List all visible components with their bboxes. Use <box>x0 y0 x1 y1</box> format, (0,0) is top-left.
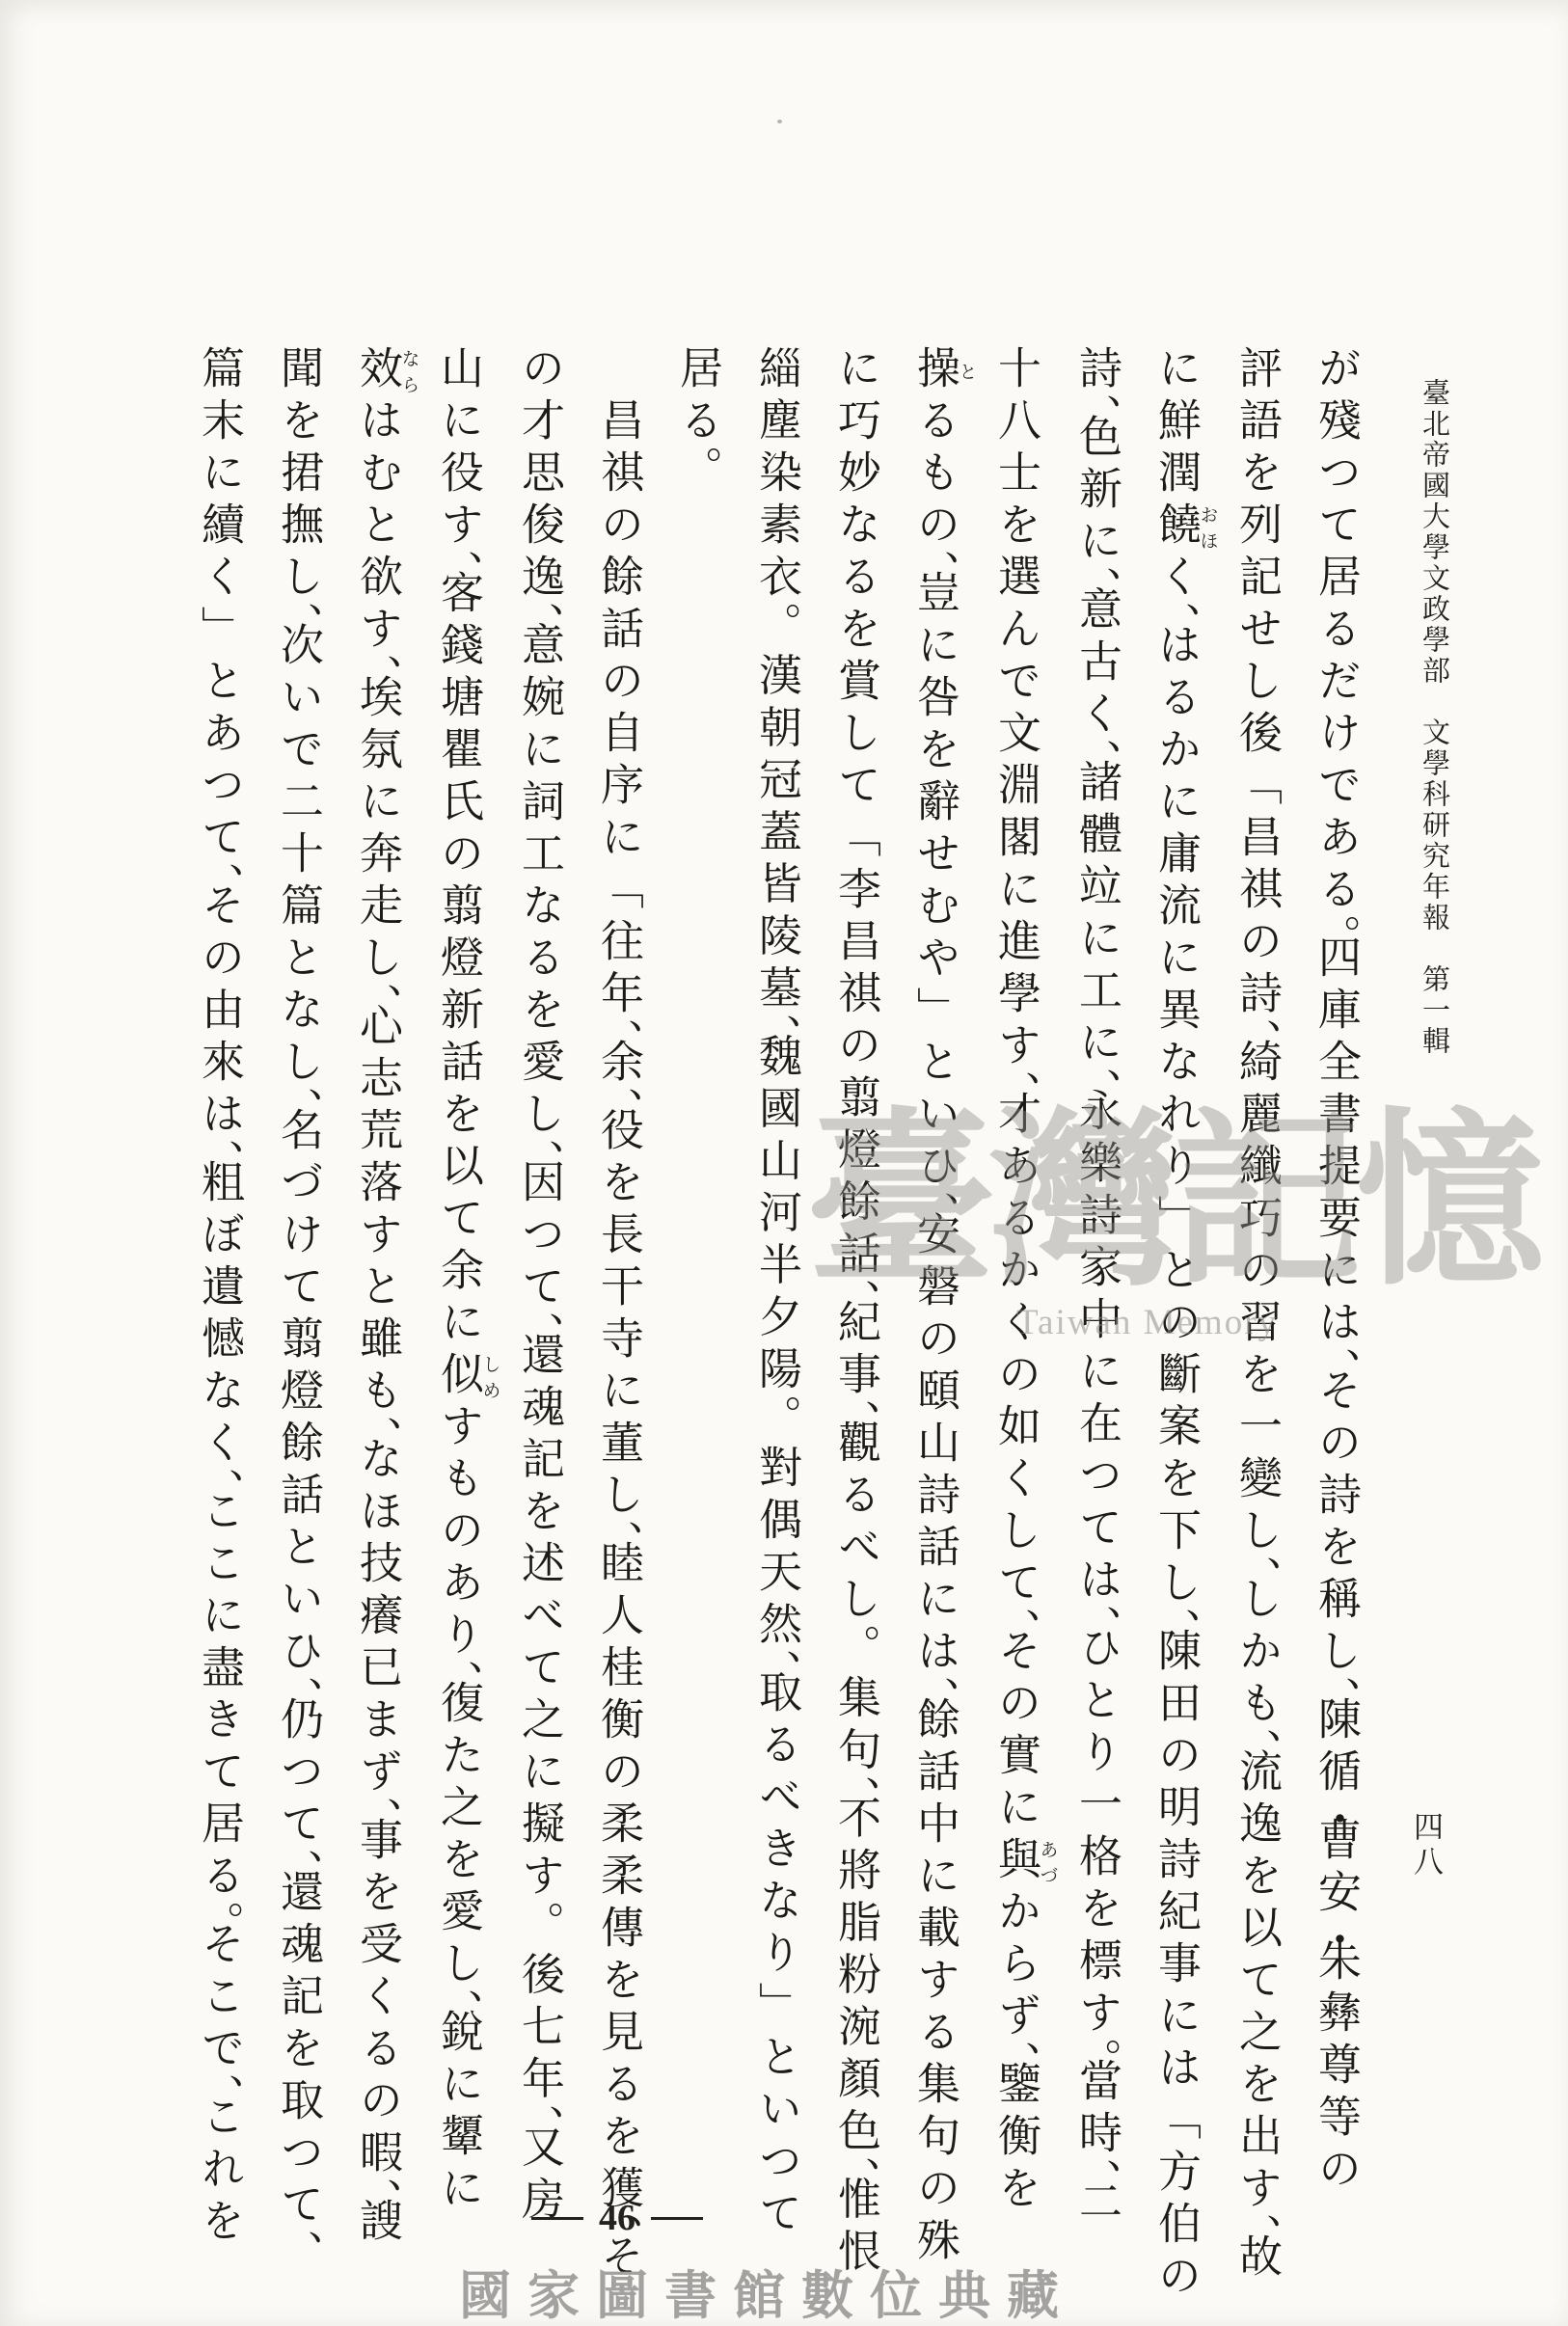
text-column-11: の才思俊逸、意婉に詞工なるを愛し、因つて、還魂記を述べて之に擬す。 後七年、又房 <box>500 345 579 2127</box>
text-column-15: 篇末に續く」とあつて、その由來は、粗ぼ遺憾なく、ここに盡きて居る。そこで、これを <box>179 345 258 2127</box>
text-column-14: 聞を捃撫し、次いで二十篇となし、名づけて翦燈餘話といひ、仍つて、還魂記を取つて、 <box>258 345 338 2127</box>
text-column-2: 評語を列記せし後「昌祺の詩、綺麗纖巧の習を一變し、しかも、流逸を以て之を出す、故 <box>1217 345 1296 2127</box>
text-column-6: 操とるもの、豈に咎を辭せむや」といひ、安磐の頤山詩話には、餘話中に載する集句の殊 <box>895 345 976 2127</box>
text-column-8: 緇塵染素衣。 漢朝冠蓋皆陵墓、魏國山河半夕陽。 對偶天然、取るべきなり」といつて <box>737 345 816 2127</box>
text-column-5: 十八士を選んで文淵閣に進學す、才あるかくの如くして、その實に與あづからず、鑒衡を <box>976 345 1057 2127</box>
folio-rule-right <box>651 2217 703 2220</box>
text-column-12: 山に役す、客錢塘瞿氏の翦燈新話を以て余に似しめすものあり、復た之を愛し、銳に顰に <box>419 345 500 2127</box>
text-column-7: に巧妙なるを賞して「李昌祺の翦燈餘話、紀事、觀るべし。 集句、不將脂粉涴顏色、惟… <box>816 345 895 2127</box>
page-number: 46 <box>599 2197 635 2239</box>
folio-rule-left <box>531 2217 583 2220</box>
body-text-block: が殘つて居るだけである。四庫全書提要には、その詩を稱し、陳循・曹安・朱彝尊等の評… <box>179 345 1375 2127</box>
scan-speck <box>777 120 782 123</box>
text-column-4: 詩、色新に、意古く、諸體竝に工に、永樂詩家中に在つては、ひとり一格を標す。當時、… <box>1057 345 1136 2127</box>
text-column-1: が殘つて居るだけである。四庫全書提要には、その詩を稱し、陳循・曹安・朱彝尊等の <box>1296 345 1375 2127</box>
text-column-10: 昌祺の餘話の自序に「往年、余、役を長干寺に董し、睦人桂衡の柔柔傳を見るを獲、そ <box>579 345 658 2127</box>
text-column-3: に鮮潤饒おほく、はるかに庸流に異なれり」との斷案を下し、陳田の明詩紀事には「方伯… <box>1136 345 1217 2127</box>
page-number-row: 46 <box>521 2197 714 2239</box>
text-column-13: 效ならはむと欲す、埃氛に奔走し、心志荒落すと雖も、なほ技癢已まず、事を受くるの暇… <box>338 345 419 2127</box>
folio-number-vertical: 四八 <box>1404 1811 1447 1880</box>
scanned-page: が殘つて居るだけである。四庫全書提要には、その詩を稱し、陳循・曹安・朱彝尊等の評… <box>0 0 1568 2326</box>
running-head: 臺北帝國大學文政學部 文學科研究年報 第一輯 <box>1396 378 1454 1072</box>
text-column-9: 居る。 <box>658 345 737 2127</box>
library-stamp: 國家圖書館數位典藏 <box>459 2255 1075 2326</box>
